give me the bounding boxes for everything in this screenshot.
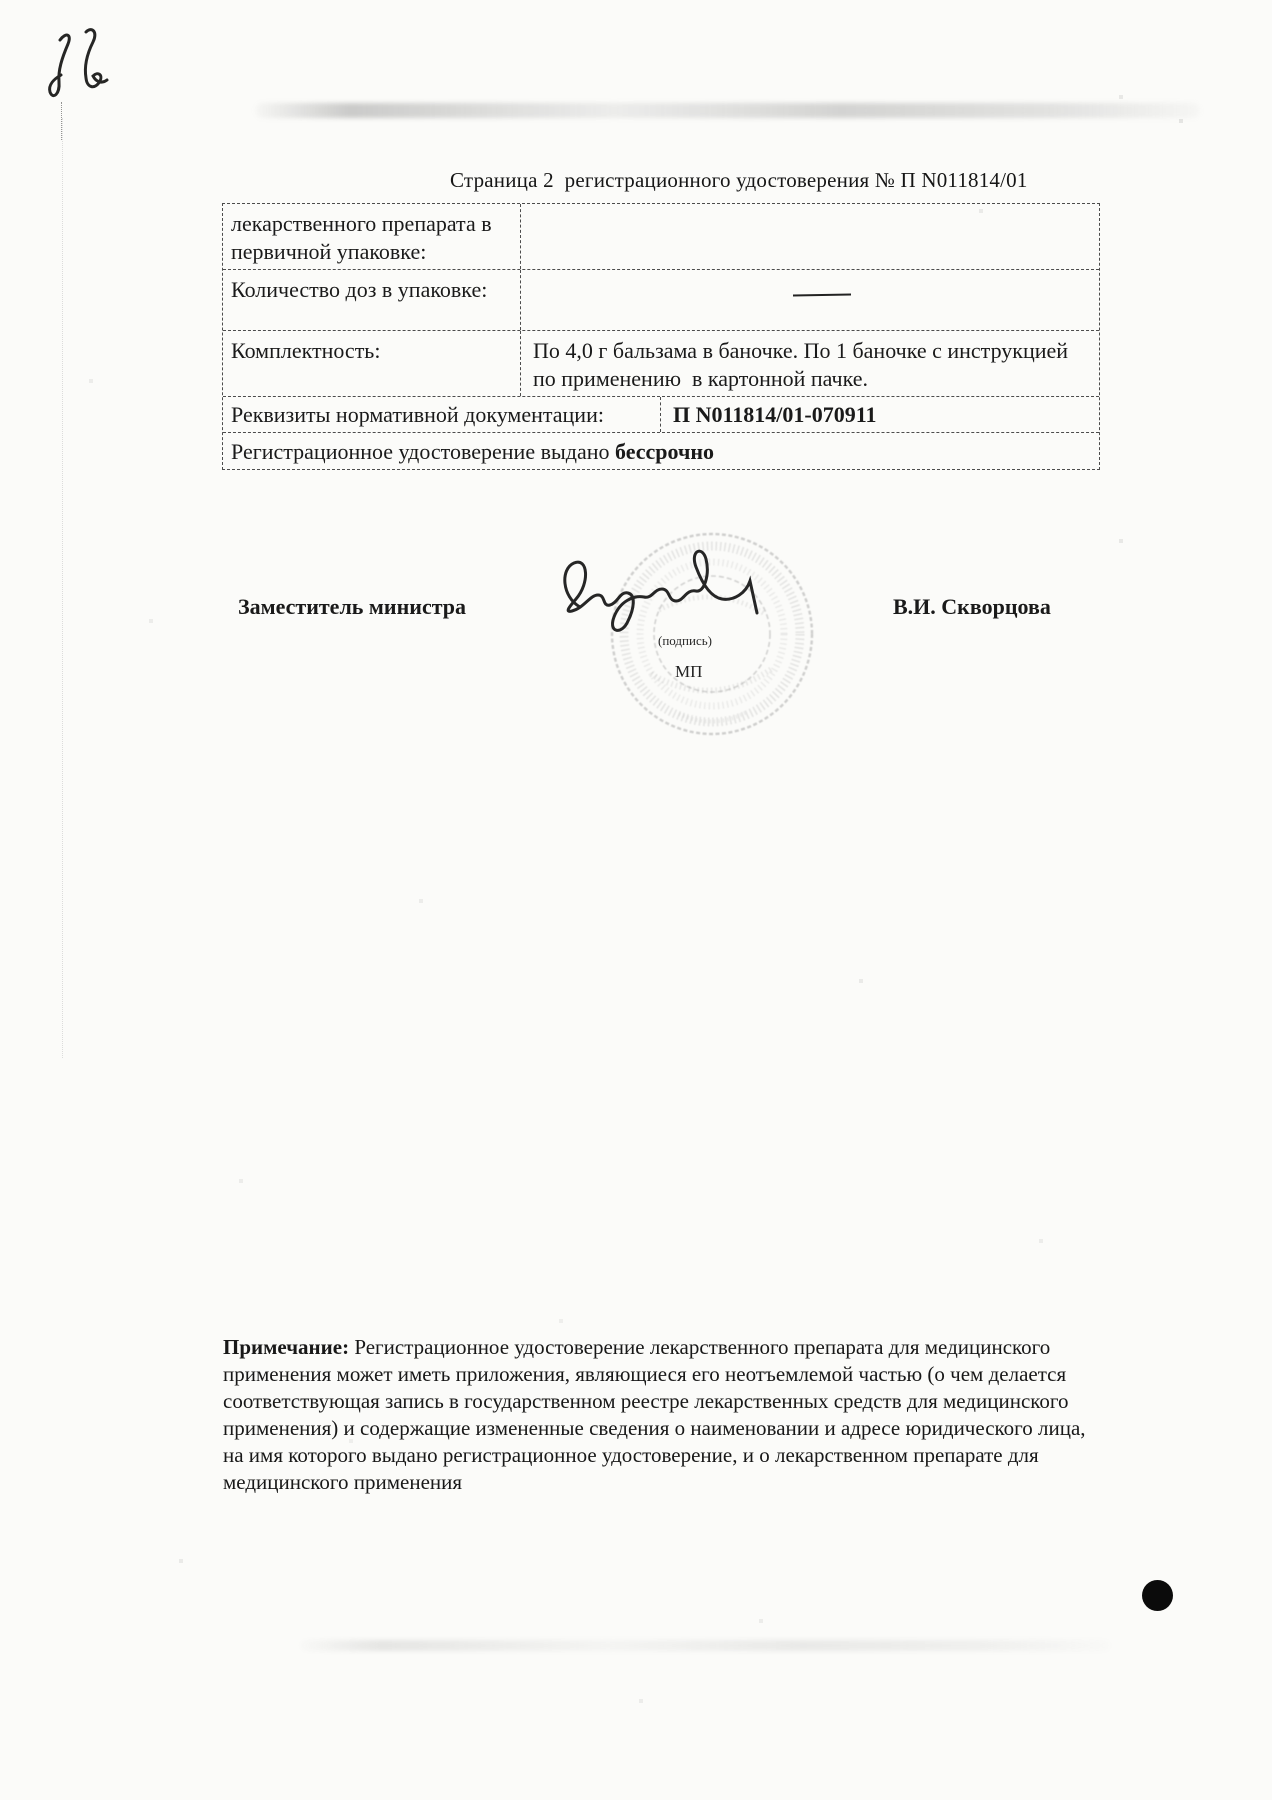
ink-dot (1142, 1580, 1173, 1611)
note-label: Примечание: (223, 1335, 349, 1359)
seal-caption: МП (675, 662, 702, 682)
scan-smudge-top (255, 103, 1200, 118)
validity-text: Регистрационное удостоверение выдано бес… (223, 433, 722, 469)
handwritten-mark-tail (61, 102, 62, 140)
row-value: П N011814/01-070911 (661, 397, 1099, 432)
signer-name: В.И. Скворцова (893, 594, 1051, 620)
signature-scribble (550, 543, 812, 647)
row-label: Реквизиты нормативной документации: (223, 397, 661, 432)
table-row-completeness: Комплектность: По 4,0 г бальзама в баноч… (223, 331, 1099, 397)
scan-smudge-bottom (300, 1640, 1110, 1651)
table-row-dose-count: Количество доз в упаковке: (223, 270, 1099, 331)
table-row-normative-docs: Реквизиты нормативной документации: П N0… (223, 397, 1099, 433)
row-value (521, 270, 1099, 330)
handwritten-mark (46, 24, 112, 108)
signature-caption: (подпись) (658, 633, 712, 649)
row-label: Комплектность: (223, 331, 521, 396)
scan-fold-line (62, 118, 63, 1058)
row-value: По 4,0 г бальзама в баночке. По 1 баночк… (521, 331, 1099, 396)
table-row-validity: Регистрационное удостоверение выдано бес… (223, 433, 1099, 469)
note-text: Регистрационное удостоверение лекарствен… (223, 1335, 1086, 1494)
paper-noise (0, 0, 2, 2)
row-label: Количество доз в упаковке: (223, 270, 521, 330)
table-row-primary-package: лекарственного препарата в первичной упа… (223, 204, 1099, 270)
row-value (521, 204, 1099, 269)
row-label: лекарственного препарата в первичной упа… (223, 204, 521, 269)
validity-prefix: Регистрационное удостоверение выдано (231, 439, 615, 464)
page-title: Страница 2 регистрационного удостоверени… (450, 168, 1028, 193)
validity-term: бессрочно (615, 439, 714, 464)
note-paragraph: Примечание: Регистрационное удостоверени… (223, 1334, 1109, 1496)
minister-title: Заместитель министра (238, 594, 466, 620)
registration-table: лекарственного препарата в первичной упа… (222, 203, 1100, 470)
